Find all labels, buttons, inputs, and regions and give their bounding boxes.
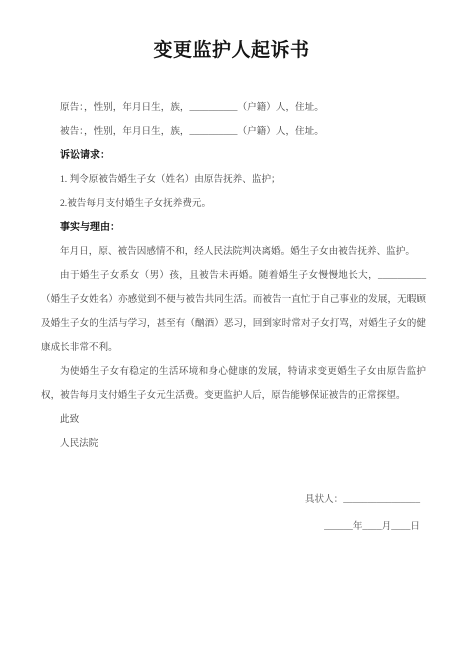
- defendant-line: 被告：，性别，年月日生，族，__________（户籍）人，住址。: [41, 120, 426, 144]
- signer-line: 具状人：________________: [0, 486, 420, 513]
- document-body: 原告：，性别，年月日生，族，__________（户籍）人，住址。 被告：，性别…: [0, 96, 463, 456]
- closing-salutation: 此致: [41, 408, 426, 432]
- facts-heading: 事实与理由：: [41, 216, 426, 240]
- document-title: 变更监护人起诉书: [0, 0, 463, 63]
- date-line: ______年____月____日: [0, 513, 420, 540]
- facts-paragraph-2: 由于婚生子女系女（男）孩，且被告未再婚。随着婚生子女慢慢地长大，________…: [41, 264, 426, 360]
- document-page: 变更监护人起诉书 原告：，性别，年月日生，族，__________（户籍）人，住…: [0, 0, 463, 655]
- claim-item-1: 1. 判令原被告婚生子女（姓名）由原告抚养、监护；: [41, 168, 426, 192]
- plaintiff-line: 原告：，性别，年月日生，族，__________（户籍）人，住址。: [41, 96, 426, 120]
- signature-block: 具状人：________________ ______年____月____日: [0, 486, 463, 540]
- claim-item-2: 2.被告每月支付婚生子女抚养费元。: [41, 192, 426, 216]
- facts-paragraph-1: 年月日，原、被告因感情不和，经人民法院判决离婚。婚生子女由被告抚养、监护。: [41, 240, 426, 264]
- facts-paragraph-3: 为使婚生子女有稳定的生活环境和身心健康的发展，特请求变更婚生子女由原告监护权，被…: [41, 360, 426, 408]
- court-name-line: 人民法院: [41, 432, 426, 456]
- claims-heading: 诉讼请求：: [41, 144, 426, 168]
